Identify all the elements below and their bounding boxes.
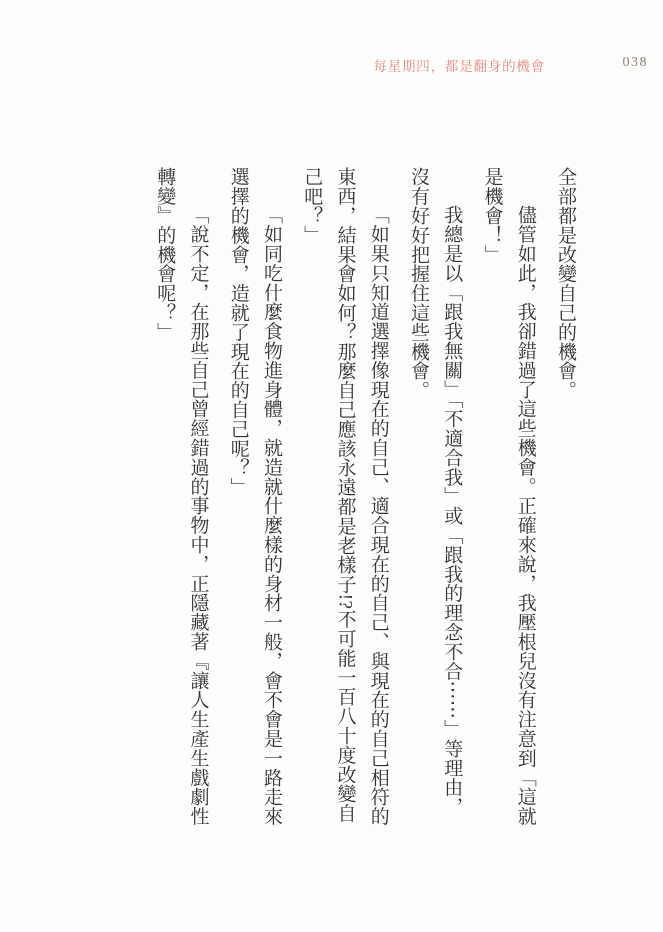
paragraph-5: 「如同吃什麼食物進身體，就造就什麼樣的身材一般，會不會是一路走來選擇的機會，造就… [222, 167, 289, 827]
page-body-vertical-text: 全部都是改變自己的機會。 儘管如此，我卻錯過了這些機會。正確來說，我壓根兒沒有注… [141, 167, 582, 827]
paragraph-1: 全部都是改變自己的機會。 [549, 167, 582, 827]
paragraph-6: 「說不定，在那些自己曾經錯過的事物中，正隱藏著『讓人生產生戲劇性轉變』的機會呢？… [148, 167, 215, 827]
book-page: 每星期四，都是翻身的機會 038 全部都是改變自己的機會。 儘管如此，我卻錯過了… [0, 0, 663, 932]
running-head-title: 每星期四，都是翻身的機會 [373, 55, 545, 75]
page-number: 038 [623, 55, 649, 71]
paragraph-2: 儘管如此，我卻錯過了這些機會。正確來說，我壓根兒沒有注意到「這就是機會！」 [475, 167, 542, 827]
paragraph-4: 「如果只知道選擇像現在的自己、適合現在的自己、與現在的自己相符的東西，結果會如何… [295, 167, 395, 827]
running-head: 每星期四，都是翻身的機會 038 [0, 0, 663, 90]
paragraph-3: 我總是以「跟我無關」「不適合我」或「跟我的理念不合⋯⋯」等理由，沒有好好把握住這… [402, 167, 469, 827]
